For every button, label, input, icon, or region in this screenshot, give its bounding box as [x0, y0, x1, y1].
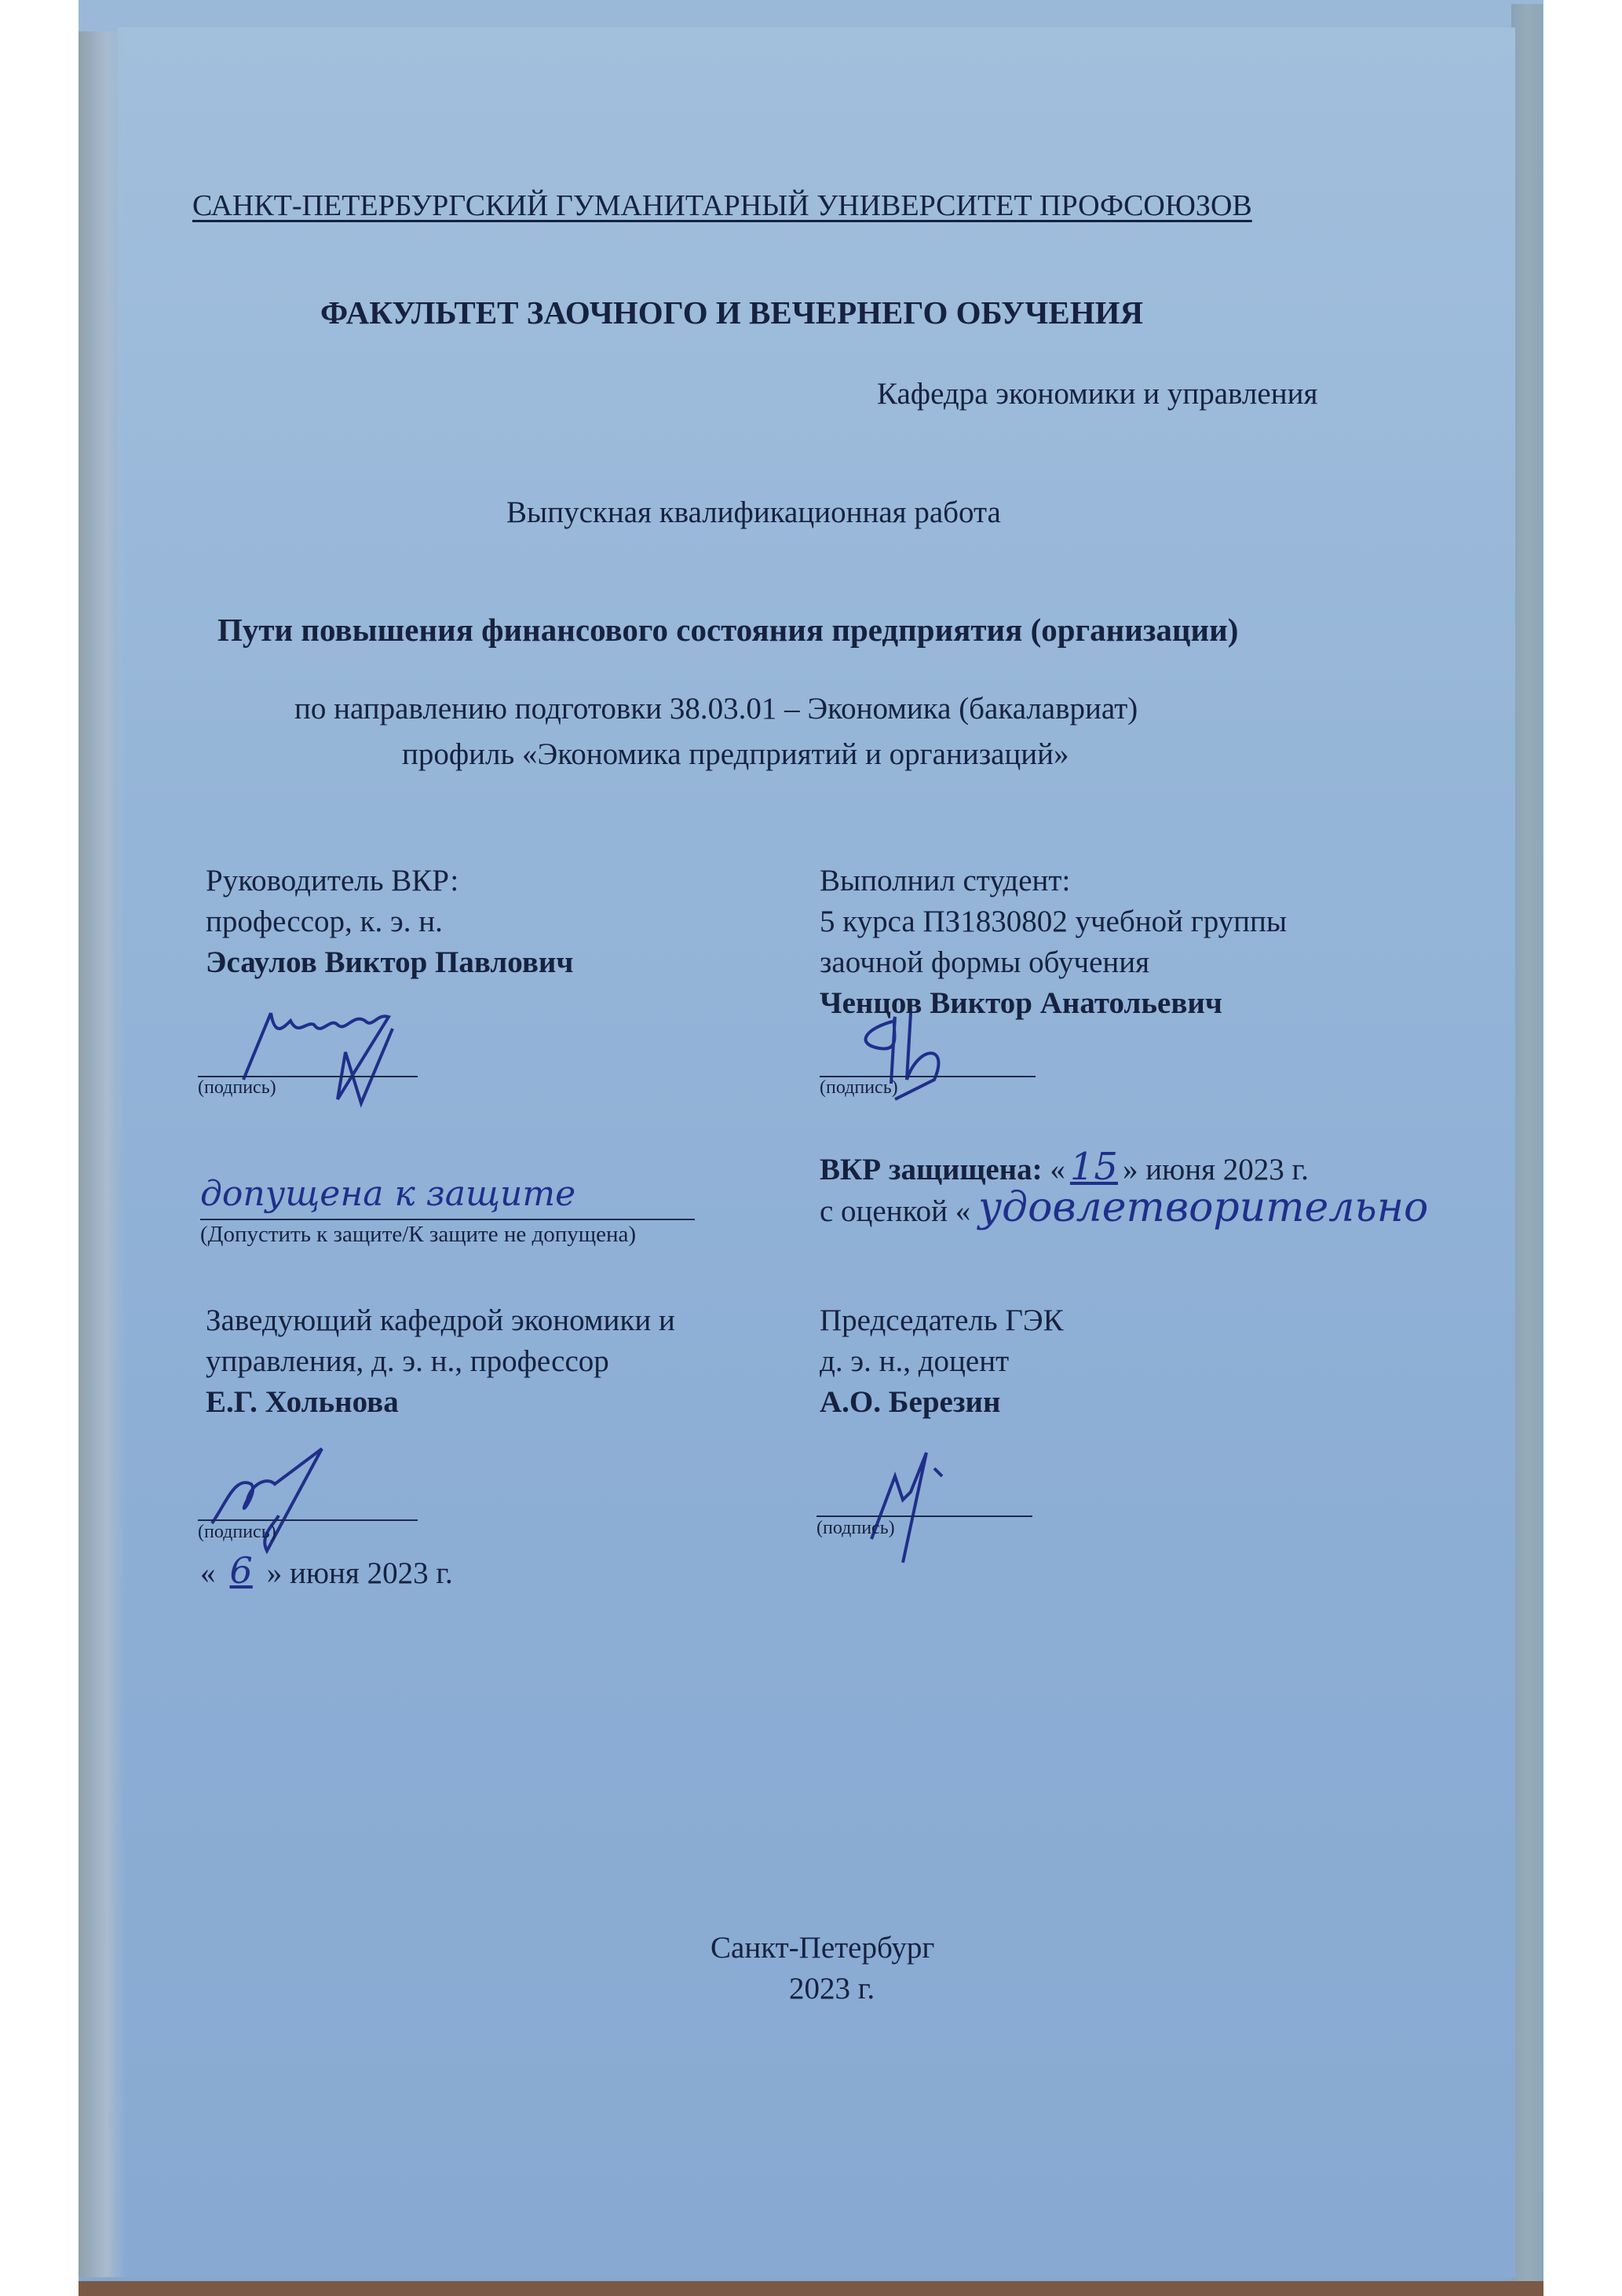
defense-label: ВКР защищена: — [820, 1153, 1043, 1186]
admission-handwritten: допущена к защите — [200, 1174, 575, 1214]
head-date-open: « — [200, 1556, 216, 1590]
table-surface — [79, 2281, 1543, 2296]
study-profile: профиль «Экономика предприятий и организ… — [402, 737, 1069, 772]
supervisor-signature — [236, 1005, 440, 1119]
binder-edge — [1511, 4, 1543, 2281]
work-type: Выпускная квалификационная работа — [506, 495, 1001, 530]
footer-city: Санкт-Петербург — [711, 1930, 934, 1965]
department-name: Кафедра экономики и управления — [877, 376, 1317, 411]
head-date-day: 6 — [216, 1549, 267, 1592]
head-name: Е.Г. Хольнова — [206, 1382, 399, 1423]
student-group: 5 курса ПЗ1830802 учебной группы — [820, 901, 1287, 942]
gek-chair-name: А.О. Березин — [820, 1382, 1000, 1423]
page-shadow — [79, 31, 126, 2277]
supervisor-role: Руководитель ВКР: — [206, 861, 458, 901]
head-date: «6» июня 2023 г. — [200, 1550, 453, 1594]
student-form: заочной формы обучения — [820, 942, 1149, 983]
defense-day: 15 — [1065, 1145, 1123, 1189]
footer-year: 2023 г. — [789, 1971, 875, 2006]
work-title: Пути повышения финансового состояния пре… — [217, 611, 1238, 649]
head-role-line1: Заведующий кафедрой экономики и — [206, 1300, 675, 1341]
admission-line — [200, 1219, 695, 1220]
supervisor-name: Эсаулов Виктор Павлович — [206, 942, 573, 983]
gek-chair-signature-caption: (подпись) — [816, 1518, 895, 1539]
head-signature-line — [198, 1519, 418, 1521]
head-role-line2: управления, д. э. н., профессор — [206, 1341, 609, 1382]
defense-date-rest: » июня 2023 г. — [1123, 1153, 1309, 1186]
student-role: Выполнил студент: — [820, 861, 1070, 901]
university-name: САНКТ-ПЕТЕРБУРГСКИЙ ГУМАНИТАРНЫЙ УНИВЕРС… — [192, 188, 1252, 223]
gek-chair-degree: д. э. н., доцент — [820, 1341, 1009, 1382]
faculty-name: ФАКУЛЬТЕТ ЗАОЧНОГО И ВЕЧЕРНЕГО ОБУЧЕНИЯ — [320, 294, 1143, 331]
grade-label: с оценкой « — [820, 1194, 970, 1228]
admission-caption: (Допустить к защите/К защите не допущена… — [200, 1222, 636, 1248]
defense-grade: с оценкой « удовлетворительно — [820, 1187, 1428, 1232]
head-date-rest: » июня 2023 г. — [267, 1556, 453, 1590]
grade-handwritten: удовлетворительно — [978, 1184, 1428, 1231]
supervisor-degree: профессор, к. э. н. — [206, 901, 443, 942]
defense-open-quote: « — [1050, 1153, 1065, 1186]
gek-chair-signature-line — [816, 1515, 1032, 1517]
head-signature-caption: (подпись) — [198, 1522, 276, 1543]
study-direction: по направлению подготовки 38.03.01 – Эко… — [294, 691, 1138, 726]
supervisor-signature-caption: (подпись) — [198, 1077, 276, 1099]
gek-chair-signature — [864, 1445, 958, 1574]
gek-chair-role: Председатель ГЭК — [820, 1300, 1064, 1341]
student-signature-caption: (подпись) — [820, 1077, 898, 1099]
